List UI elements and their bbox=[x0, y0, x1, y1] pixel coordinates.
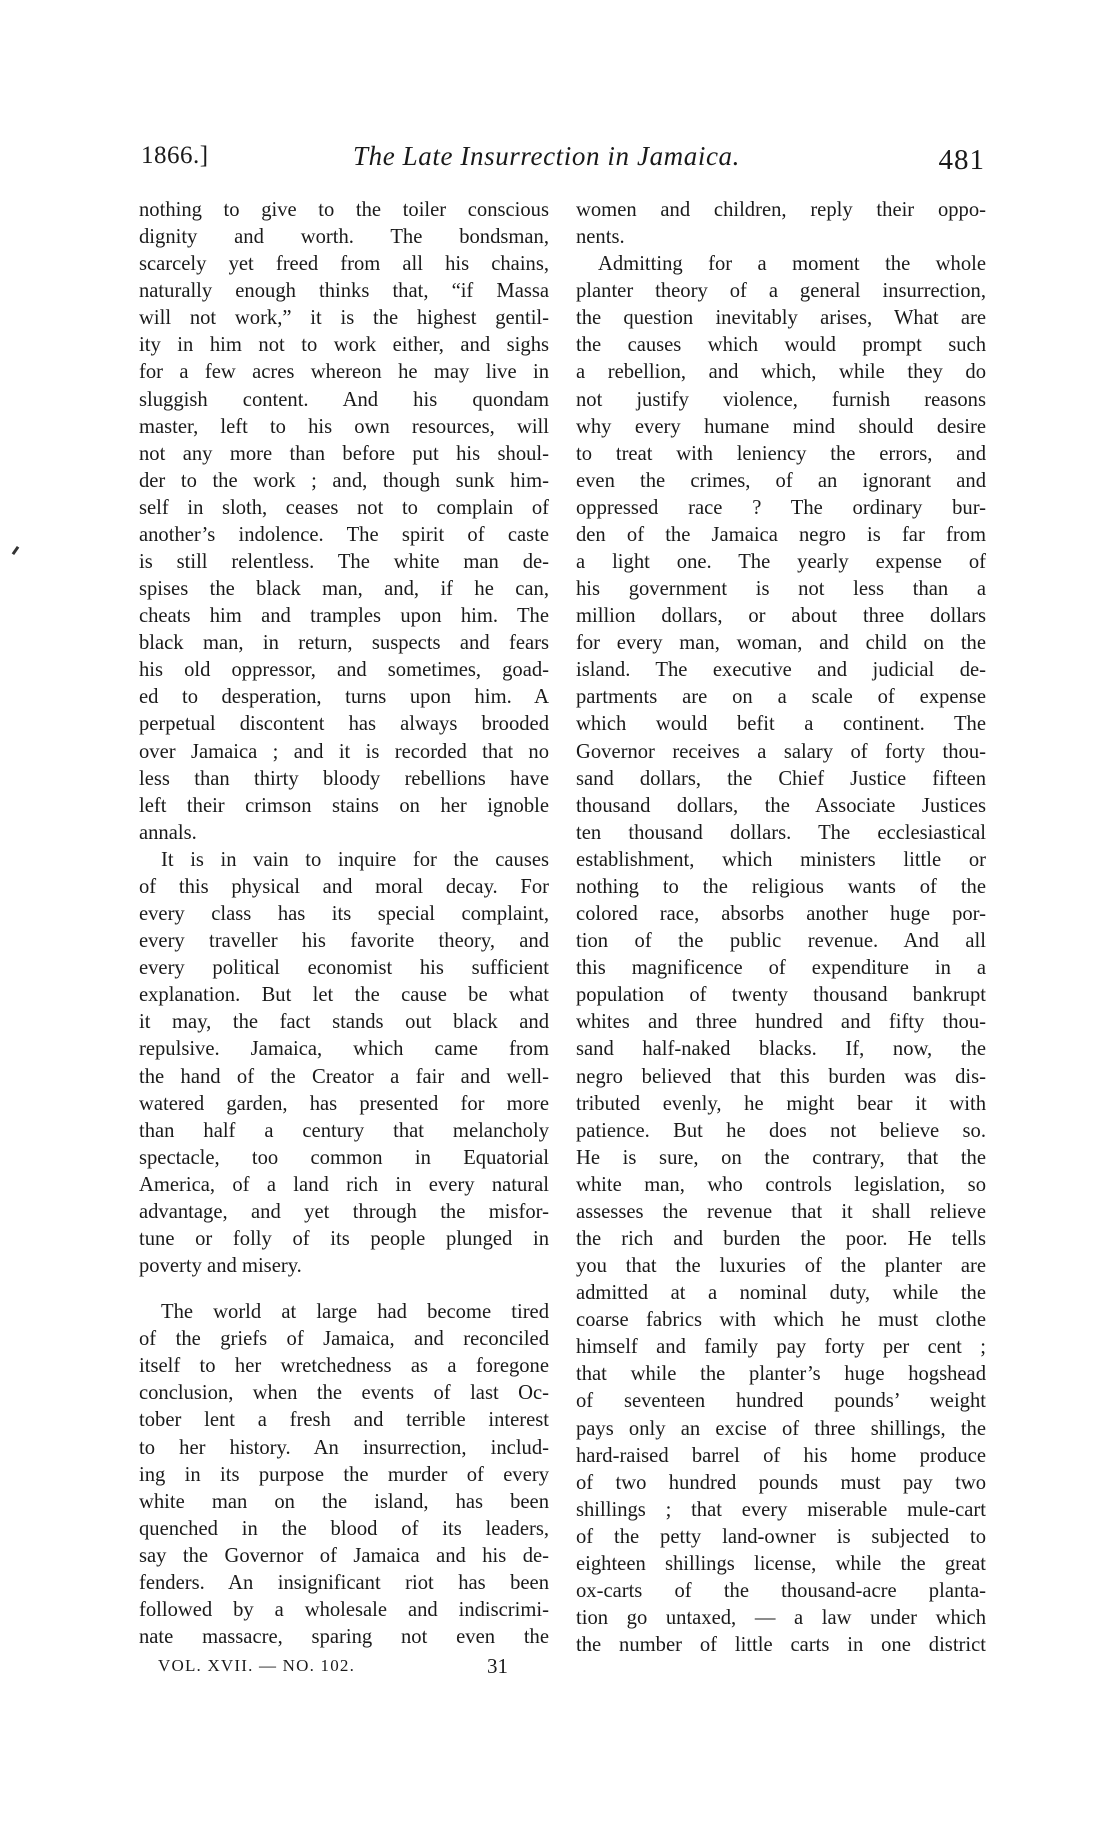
text-line: shillings ; that every miserable mule-ca… bbox=[576, 1497, 986, 1524]
text-line: planter theory of a general insurrection… bbox=[576, 278, 986, 305]
text-line: his old oppressor, and sometimes, goad- bbox=[139, 657, 549, 684]
text-line: tion go untaxed, — a law under which bbox=[576, 1605, 986, 1632]
text-line: of the griefs of Jamaica, and reconciled bbox=[139, 1326, 549, 1353]
text-line: He is sure, on the contrary, that the bbox=[576, 1145, 986, 1172]
text-line: not justify violence, furnish reasons bbox=[576, 387, 986, 414]
section-break bbox=[139, 1280, 549, 1299]
text-line: sluggish content. And his quondam bbox=[139, 387, 549, 414]
text-line: negro believed that this burden was dis- bbox=[576, 1064, 986, 1091]
volume-number: VOL. XVII. — NO. 102. bbox=[158, 1656, 355, 1676]
running-head: 1866.] The Late Insurrection in Jamaica.… bbox=[139, 142, 985, 182]
text-line: ten thousand dollars. The ecclesiastical bbox=[576, 820, 986, 847]
text-line: which would befit a continent. The bbox=[576, 711, 986, 738]
text-line: self in sloth, ceases not to complain of bbox=[139, 495, 549, 522]
text-line: of two hundred pounds must pay two bbox=[576, 1470, 986, 1497]
text-line: his government is not less than a bbox=[576, 576, 986, 603]
text-line: advantage, and yet through the misfor- bbox=[139, 1199, 549, 1226]
text-line: for a few acres whereon he may live in bbox=[139, 359, 549, 386]
signature-mark: 31 bbox=[487, 1654, 508, 1679]
text-line: is still relentless. The white man de- bbox=[139, 549, 549, 576]
text-line: sand dollars, the Chief Justice fifteen bbox=[576, 766, 986, 793]
text-line: pays only an excise of three shillings, … bbox=[576, 1416, 986, 1443]
paragraph-start-line: Admitting for a moment the whole bbox=[576, 251, 986, 278]
text-line: master, left to his own resources, will bbox=[139, 414, 549, 441]
paragraph-start-line: It is in vain to inquire for the causes bbox=[139, 847, 549, 874]
text-line: population of twenty thousand bankrupt bbox=[576, 982, 986, 1009]
paragraph-start-line: The world at large had become tired bbox=[139, 1299, 549, 1326]
text-line: ity in him not to work either, and sighs bbox=[139, 332, 549, 359]
text-line: the number of little carts in one distri… bbox=[576, 1632, 986, 1659]
text-line: der to the work ; and, though sunk him- bbox=[139, 468, 549, 495]
text-line: itself to her wretchedness as a foregone bbox=[139, 1353, 549, 1380]
text-line: white man, who controls legislation, so bbox=[576, 1172, 986, 1199]
text-line: the hand of the Creator a fair and well- bbox=[139, 1064, 549, 1091]
text-line: scarcely yet freed from all his chains, bbox=[139, 251, 549, 278]
text-line: million dollars, or about three dollars bbox=[576, 603, 986, 630]
text-line: tributed evenly, he might bear it with bbox=[576, 1091, 986, 1118]
text-line: left their crimson stains on her ignoble bbox=[139, 793, 549, 820]
text-line: tion of the public revenue. And all bbox=[576, 928, 986, 955]
text-line: nothing to give to the toiler conscious bbox=[139, 197, 549, 224]
text-line: conclusion, when the events of last Oc- bbox=[139, 1380, 549, 1407]
page-number: 481 bbox=[939, 144, 986, 177]
text-line: spises the black man, and, if he can, bbox=[139, 576, 549, 603]
text-line: white man on the island, has been bbox=[139, 1489, 549, 1516]
text-line: than half a century that melancholy bbox=[139, 1118, 549, 1145]
text-line: whites and three hundred and fifty thou- bbox=[576, 1009, 986, 1036]
text-line: over Jamaica ; and it is recorded that n… bbox=[139, 739, 549, 766]
text-line: ed to desperation, turns upon him. A bbox=[139, 684, 549, 711]
text-line: a rebellion, and which, while they do bbox=[576, 359, 986, 386]
text-line: women and children, reply their oppo- bbox=[576, 197, 986, 224]
text-line: sand half-naked blacks. If, now, the bbox=[576, 1036, 986, 1063]
text-line: another’s indolence. The spirit of caste bbox=[139, 522, 549, 549]
text-line: you that the luxuries of the planter are bbox=[576, 1253, 986, 1280]
magazine-page: 1866.] The Late Insurrection in Jamaica.… bbox=[0, 0, 1120, 1837]
text-line: nate massacre, sparing not even the bbox=[139, 1624, 549, 1651]
text-line: black man, in return, suspects and fears bbox=[139, 630, 549, 657]
text-line: colored race, absorbs another huge por- bbox=[576, 901, 986, 928]
text-line: not any more than before put his shoul- bbox=[139, 441, 549, 468]
text-line: annals. bbox=[139, 820, 549, 847]
text-line: ing in its purpose the murder of every bbox=[139, 1462, 549, 1489]
text-line: that while the planter’s huge hogshead bbox=[576, 1361, 986, 1388]
text-line: every class has its special complaint, bbox=[139, 901, 549, 928]
right-column: women and children, reply their oppo- ne… bbox=[576, 197, 986, 1659]
running-head-title: The Late Insurrection in Jamaica. bbox=[353, 141, 740, 172]
text-line: perpetual discontent has always brooded bbox=[139, 711, 549, 738]
text-line: spectacle, too common in Equatorial bbox=[139, 1145, 549, 1172]
text-line: cheats him and tramples upon him. The bbox=[139, 603, 549, 630]
text-line: of seventeen hundred pounds’ weight bbox=[576, 1388, 986, 1415]
text-line: nothing to the religious wants of the bbox=[576, 874, 986, 901]
text-line: explanation. But let the cause be what bbox=[139, 982, 549, 1009]
text-line: coarse fabrics with which he must clothe bbox=[576, 1307, 986, 1334]
text-line: why every humane mind should desire bbox=[576, 414, 986, 441]
text-line: eighteen shillings license, while the gr… bbox=[576, 1551, 986, 1578]
page-footer: VOL. XVII. — NO. 102. 31 bbox=[158, 1656, 518, 1686]
text-line: himself and family pay forty per cent ; bbox=[576, 1334, 986, 1361]
text-line: ox-carts of the thousand-acre planta- bbox=[576, 1578, 986, 1605]
text-line: assesses the revenue that it shall relie… bbox=[576, 1199, 986, 1226]
text-line: to her history. An insurrection, includ- bbox=[139, 1435, 549, 1462]
text-line: the causes which would prompt such bbox=[576, 332, 986, 359]
text-line: followed by a wholesale and indiscrimi- bbox=[139, 1597, 549, 1624]
running-head-year: 1866.] bbox=[141, 142, 209, 170]
text-line: tune or folly of its people plunged in bbox=[139, 1226, 549, 1253]
text-line: it may, the fact stands out black and bbox=[139, 1009, 549, 1036]
text-line: thousand dollars, the Associate Justices bbox=[576, 793, 986, 820]
text-line: partments are on a scale of expense bbox=[576, 684, 986, 711]
text-line: to treat with leniency the errors, and bbox=[576, 441, 986, 468]
text-line: oppressed race ? The ordinary bur- bbox=[576, 495, 986, 522]
text-line: island. The executive and judicial de- bbox=[576, 657, 986, 684]
text-line: America, of a land rich in every natural bbox=[139, 1172, 549, 1199]
text-line: less than thirty bloody rebellions have bbox=[139, 766, 549, 793]
text-line: repulsive. Jamaica, which came from bbox=[139, 1036, 549, 1063]
text-line: establishment, which ministers little or bbox=[576, 847, 986, 874]
text-line: fenders. An insignificant riot has been bbox=[139, 1570, 549, 1597]
text-line: Governor receives a salary of forty thou… bbox=[576, 739, 986, 766]
text-line: poverty and misery. bbox=[139, 1253, 549, 1280]
text-line: the rich and burden the poor. He tells bbox=[576, 1226, 986, 1253]
text-line: even the crimes, of an ignorant and bbox=[576, 468, 986, 495]
text-line: watered garden, has presented for more bbox=[139, 1091, 549, 1118]
text-line: of this physical and moral decay. For bbox=[139, 874, 549, 901]
text-line: say the Governor of Jamaica and his de- bbox=[139, 1543, 549, 1570]
text-line: quenched in the blood of its leaders, bbox=[139, 1516, 549, 1543]
text-line: tober lent a fresh and terrible interest bbox=[139, 1407, 549, 1434]
left-column: nothing to give to the toiler conscious … bbox=[139, 197, 549, 1651]
text-line: den of the Jamaica negro is far from bbox=[576, 522, 986, 549]
text-line: will not work,” it is the highest gentil… bbox=[139, 305, 549, 332]
text-line: the question inevitably arises, What are bbox=[576, 305, 986, 332]
text-line: hard-raised barrel of his home produce bbox=[576, 1443, 986, 1470]
text-line: a light one. The yearly expense of bbox=[576, 549, 986, 576]
text-line: every political economist his sufficient bbox=[139, 955, 549, 982]
text-line: naturally enough thinks that, “if Massa bbox=[139, 278, 549, 305]
text-line: admitted at a nominal duty, while the bbox=[576, 1280, 986, 1307]
text-line: dignity and worth. The bondsman, bbox=[139, 224, 549, 251]
text-line: every traveller his favorite theory, and bbox=[139, 928, 549, 955]
text-line: of the petty land-owner is subjected to bbox=[576, 1524, 986, 1551]
text-line: patience. But he does not believe so. bbox=[576, 1118, 986, 1145]
text-line: for every man, woman, and child on the bbox=[576, 630, 986, 657]
text-line: nents. bbox=[576, 224, 986, 251]
margin-mark bbox=[12, 546, 20, 555]
text-line: this magnificence of expenditure in a bbox=[576, 955, 986, 982]
